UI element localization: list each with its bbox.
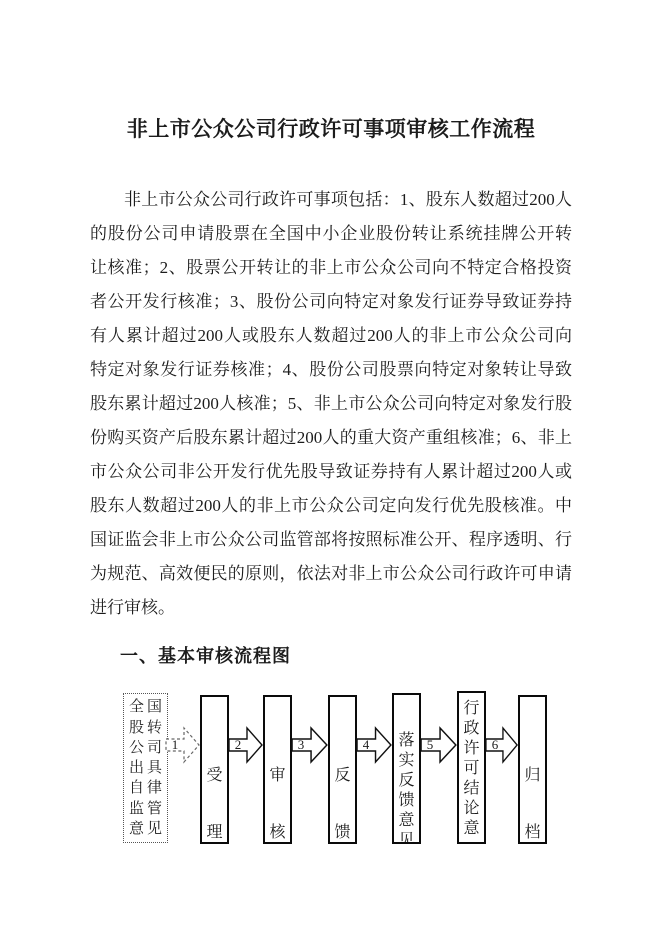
side-box-char: 意 (129, 820, 144, 838)
paragraph-line: 让核准；2、股票公开转让的非上市公众公司向不特定合格投资 (90, 251, 572, 285)
flow-arrow-2: 2 (228, 723, 264, 767)
paragraph-line: 份购买资产后股东累计超过200人的重大资产重组核准；6、非上 (90, 421, 572, 455)
side-box-char: 见 (147, 820, 162, 838)
side-box-char: 国 (147, 698, 162, 716)
side-box-row: 出 具 (124, 759, 167, 777)
flow-arrow-5: 5 (420, 723, 458, 767)
arrow-step-number: 1 (166, 736, 184, 754)
paragraph-line: 国证监会非上市公众公司监管部将按照标准公开、程序透明、行 (90, 523, 572, 557)
arrow-step-number: 5 (421, 736, 439, 754)
paragraph-line: 股东人数超过200人的非上市公众公司定向发行优先股核准。中 (90, 489, 572, 523)
flow-arrow-3: 3 (291, 723, 329, 767)
flow-box-accept: 受理 (200, 695, 229, 844)
side-box-row: 监 管 (124, 800, 167, 818)
flow-box-label: 受理 (206, 697, 223, 861)
flow-box-label: 落实反馈意见 (398, 695, 415, 844)
paragraph-line: 非上市公众公司行政许可事项包括：1、股东人数超过200人 (90, 183, 572, 217)
side-box-char: 转 (147, 719, 162, 737)
side-box-char: 出 (129, 759, 144, 777)
side-box-row: 公 司 (124, 739, 167, 757)
flow-box-license-conclusion: 行政许可结论意 (457, 691, 486, 844)
flow-arrow-6: 6 (485, 723, 519, 767)
flow-box-label: 归档 (524, 697, 541, 861)
flow-box-implement-feedback: 落实反馈意见 (392, 693, 421, 844)
section-heading: 一、基本审核流程图 (120, 642, 291, 668)
flow-arrow-1: 1 (165, 723, 201, 767)
paragraph-line: 者公开发行核准；3、股份公司向特定对象发行证券导致证券持 (90, 285, 572, 319)
paragraph-line: 的股份公司申请股票在全国中小企业股份转让系统挂牌公开转 (90, 217, 572, 251)
flow-box-label: 审核 (269, 697, 286, 861)
side-box-char: 自 (129, 779, 144, 797)
side-box-row: 自 律 (124, 779, 167, 797)
side-box-row: 股 转 (124, 719, 167, 737)
body-paragraph: 非上市公众公司行政许可事项包括：1、股东人数超过200人 的股份公司申请股票在全… (90, 183, 572, 625)
flow-box-archive: 归档 (518, 695, 547, 844)
paragraph-line: 为规范、高效便民的原则，依法对非上市公众公司行政许可申请 (90, 557, 572, 591)
paragraph-line: 有人累计超过200人或股东人数超过200人的非上市公众公司向 (90, 319, 572, 353)
side-box-row: 全 国 (124, 698, 167, 716)
flow-box-feedback: 反馈 (328, 695, 357, 844)
side-box-char: 全 (129, 698, 144, 716)
flow-box-label: 行政许可结论意 (463, 693, 480, 839)
side-box-char: 股 (129, 719, 144, 737)
side-box-char: 司 (147, 739, 162, 757)
flow-box-gq-opinion: 全 国 股 转 公 司 出 具 自 律 监 管 (123, 693, 168, 843)
side-box-char: 律 (147, 779, 162, 797)
flow-box-label: 反馈 (334, 697, 351, 861)
arrow-step-number: 2 (229, 736, 247, 754)
side-box-char: 管 (147, 800, 162, 818)
document-page: 非上市公众公司行政许可事项审核工作流程 非上市公众公司行政许可事项包括：1、股东… (0, 0, 662, 936)
review-flowchart: 全 国 股 转 公 司 出 具 自 律 监 管 (0, 680, 662, 910)
paragraph-line: 进行审核。 (90, 591, 572, 625)
flow-arrow-4: 4 (356, 723, 393, 767)
flow-box-review: 审核 (263, 695, 292, 844)
paragraph-line: 特定对象发行证券核准；4、股份公司股票向特定对象转让导致 (90, 353, 572, 387)
side-box-char: 具 (147, 759, 162, 777)
paragraph-line: 市公众公司非公开发行优先股导致证券持有人累计超过200人或 (90, 455, 572, 489)
side-box-char: 监 (129, 800, 144, 818)
arrow-step-number: 6 (486, 736, 504, 754)
arrow-step-number: 4 (357, 736, 375, 754)
side-box-char: 公 (129, 739, 144, 757)
arrow-step-number: 3 (292, 736, 310, 754)
side-box-row: 意 见 (124, 820, 167, 838)
page-title: 非上市公众公司行政许可事项审核工作流程 (0, 113, 662, 143)
paragraph-line: 股东累计超过200人核准；5、非上市公众公司向特定对象发行股 (90, 387, 572, 421)
